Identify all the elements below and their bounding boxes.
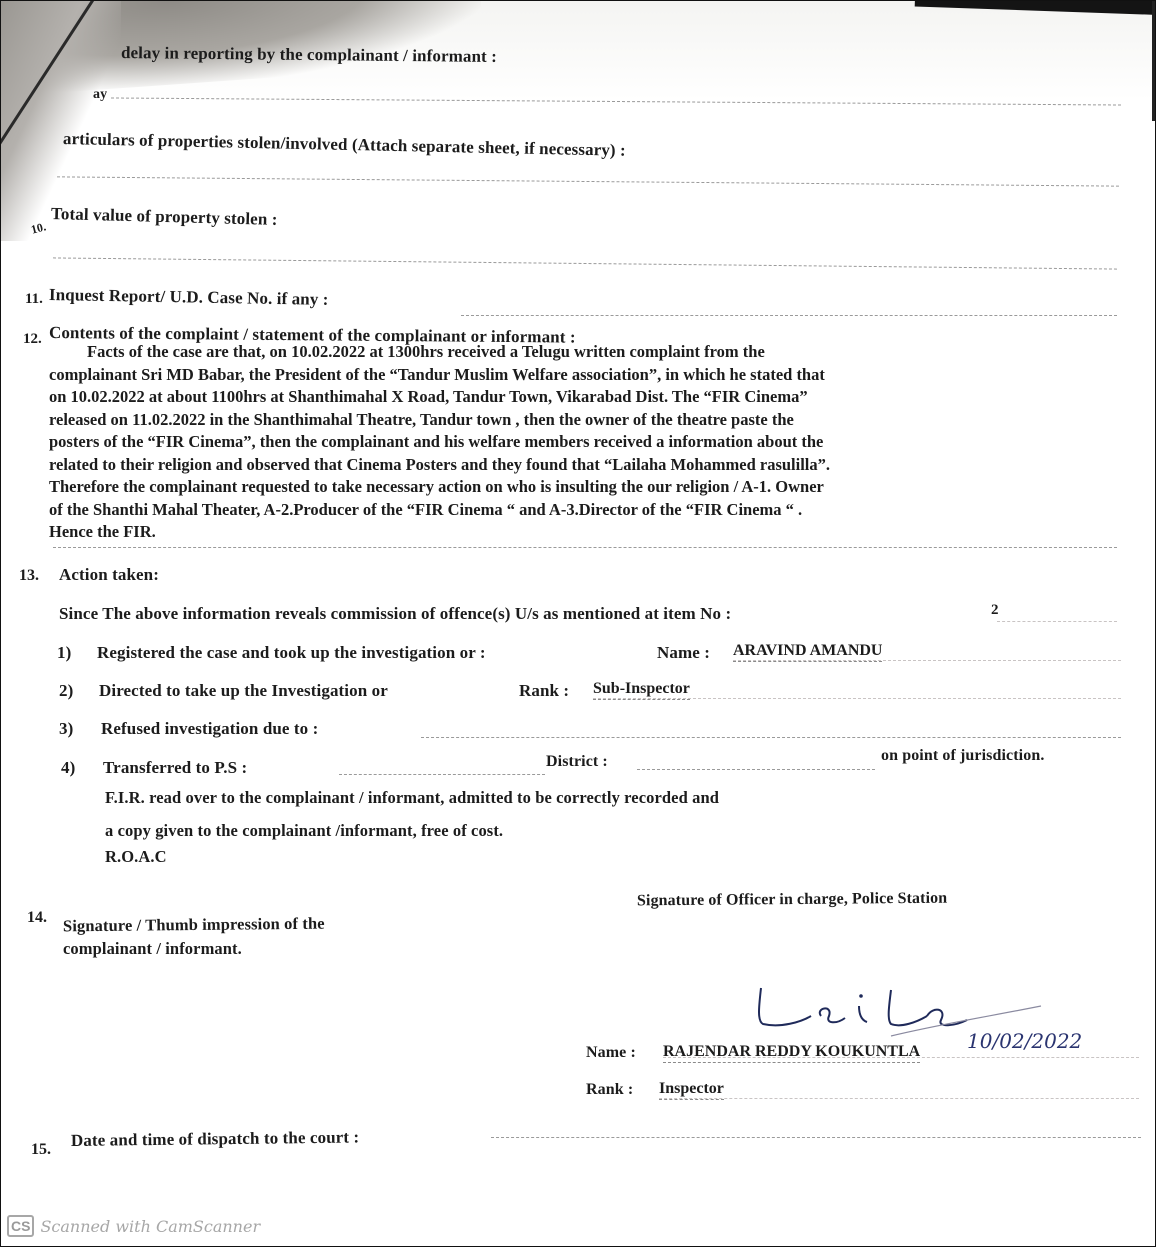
item12-number: 12. [23,331,42,348]
camscanner-logo-icon: CS [7,1215,34,1237]
roac: R.O.A.C [105,847,167,867]
item13-label: Action taken: [59,565,159,585]
io-name-field [733,660,1121,661]
svg-text:10/02/2022: 10/02/2022 [967,1029,1082,1053]
option-4-label: Transferred to P.S : [103,758,247,778]
district-field [637,769,875,770]
option-1-number: 1) [57,643,71,663]
delay-fragment: ay [93,87,107,103]
option-4-number: 4) [61,758,75,778]
complainant-signature-label-1: Signature / Thumb impression of the [63,914,325,937]
option-2-label: Directed to take up the Investigation or [99,681,388,701]
district-label: District : [546,753,608,771]
item13-number: 13. [19,567,39,585]
delay-field [111,97,1121,105]
item15-number: 15. [31,1141,51,1159]
item14-number: 14. [27,909,47,927]
item11-number: 11. [25,291,43,308]
read-over-line-1: F.I.R. read over to the complainant / in… [105,788,719,808]
statement-line: complainant Sri MD Babar, the President … [49,364,969,387]
jurisdiction-suffix: on point of jurisdiction. [881,747,1044,765]
item11-label: Inquest Report/ U.D. Case No. if any : [49,285,329,310]
statement-line: Facts of the case are that, on 10.02.202… [49,341,969,364]
statement-line: related to their religion and observed t… [49,454,969,477]
io-name-label: Name : [657,643,710,663]
statement-line: of the Shanthi Mahal Theater, A-2.Produc… [49,499,969,522]
read-over-line-2: a copy given to the complainant /informa… [105,821,503,841]
option-2-number: 2) [59,681,73,701]
officer-rank-label: Rank : [586,1081,633,1099]
item11-field [461,315,1117,316]
item9-label: articulars of properties stolen/involved… [63,129,626,161]
io-rank-field [593,698,1121,699]
officer-name-value: RAJENDAR REDDY KOUKUNTLA [663,1043,920,1063]
statement-line: posters of the “FIR Cinema”, then the co… [49,431,969,454]
item9-field [57,176,1119,186]
camscanner-watermark: CS Scanned with CamScanner [7,1215,260,1237]
fir-page: delay in reporting by the complainant / … [0,0,1156,1247]
officer-rank-field [659,1098,1139,1099]
scan-edge [1152,1,1155,121]
item15-label: Date and time of dispatch to the court : [71,1127,359,1151]
statement-line: on 10.02.2022 at about 1100hrs at Shanth… [49,386,969,409]
camscanner-text: Scanned with CamScanner [40,1217,260,1236]
io-rank-label: Rank : [519,681,569,701]
item13-item-no-field [997,621,1117,622]
item10-field [53,257,1117,269]
item13-item-no-value: 2 [991,602,999,619]
dispatch-date-field [491,1137,1141,1138]
scan-corner-shadow [915,0,1156,16]
officer-name-label: Name : [586,1044,636,1062]
complainant-signature-label-2: complainant / informant. [63,939,242,959]
statement-line: released on 11.02.2022 in the Shanthimah… [49,409,969,432]
complaint-statement: Facts of the case are that, on 10.02.202… [49,341,969,544]
option-3-label: Refused investigation due to : [101,719,318,739]
officer-rank-value: Inspector [659,1080,724,1100]
delay-label: delay in reporting by the complainant / … [121,43,497,67]
io-name-value: ARAVIND AMANDU [733,642,882,662]
officer-name-field [663,1057,1139,1058]
statement-line: Therefore the complainant requested to t… [49,476,969,499]
option-1-label: Registered the case and took up the inve… [97,643,486,663]
option-3-number: 3) [59,719,73,739]
officer-signature-label: Signature of Officer in charge, Police S… [637,890,947,911]
statement-line: Hence the FIR. [49,521,969,544]
refused-reason-field [421,737,1121,738]
item12-end-rule [53,547,1117,548]
item13-intro: Since The above information reveals comm… [59,604,731,624]
io-rank-value: Sub-Inspector [593,680,690,700]
transfer-ps-field [339,774,545,775]
